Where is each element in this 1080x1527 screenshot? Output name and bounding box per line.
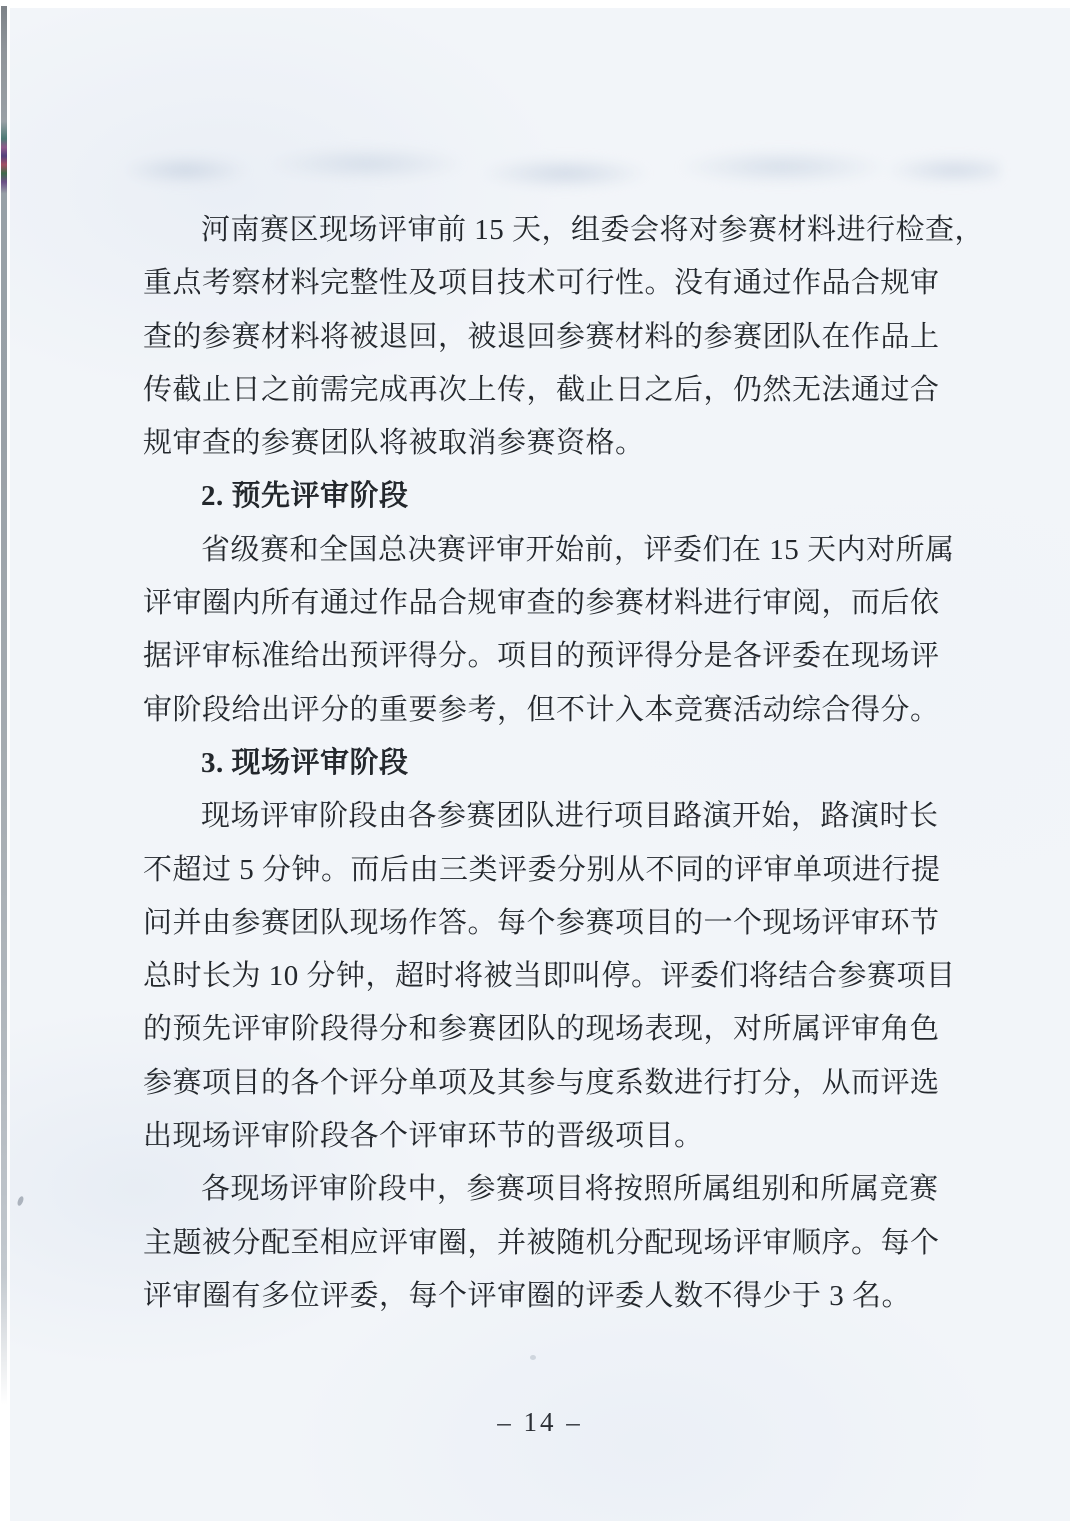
text-line: 河南赛区现场评审前 15 天，组委会将对参赛材料进行检查， <box>143 204 938 257</box>
text-line: 传截止日之前需完成再次上传，截止日之后，仍然无法通过合 <box>143 364 938 417</box>
text-line: 各现场评审阶段中，参赛项目将按照所属组别和所属竞赛 <box>143 1163 938 1216</box>
text-line: 评审圈内所有通过作品合规审查的参赛材料进行审阅，而后依 <box>143 577 938 630</box>
text-line: 主题被分配至相应评审圈，并被随机分配现场评审顺序。每个 <box>143 1217 938 1270</box>
text-line: 审阶段给出评分的重要参考，但不计入本竞赛活动综合得分。 <box>143 684 938 737</box>
scan-speck <box>530 1355 536 1360</box>
text-line: 参赛项目的各个评分单项及其参与度系数进行打分，从而评选 <box>143 1057 938 1110</box>
bleed-through-ghost-text <box>95 136 1000 198</box>
text-line: 查的参赛材料将被退回，被退回参赛材料的参赛团队在作品上 <box>143 311 938 364</box>
text-line: 总时长为 10 分钟，超时将被当即叫停。评委们将结合参赛项目 <box>143 950 938 1003</box>
text-line: 评审圈有多位评委，每个评审圈的评委人数不得少于 3 名。 <box>143 1270 938 1323</box>
section-heading: 3. 现场评审阶段 <box>143 737 938 790</box>
text-line: 规审查的参赛团队将被取消参赛资格。 <box>143 417 938 470</box>
page-number: – 14 – <box>10 1400 1070 1444</box>
document-body: 河南赛区现场评审前 15 天，组委会将对参赛材料进行检查，重点考察材料完整性及项… <box>143 204 938 1323</box>
text-line: 的预先评审阶段得分和参赛团队的现场表现，对所属评审角色 <box>143 1003 938 1056</box>
text-line: 问并由参赛团队现场作答。每个参赛项目的一个现场评审环节 <box>143 897 938 950</box>
text-line: 重点考察材料完整性及项目技术可行性。没有通过作品合规审 <box>143 257 938 310</box>
text-line: 省级赛和全国总决赛评审开始前，评委们在 15 天内对所属 <box>143 524 938 577</box>
text-line: 现场评审阶段由各参赛团队进行项目路演开始，路演时长 <box>143 790 938 843</box>
text-line: 不超过 5 分钟。而后由三类评委分别从不同的评审单项进行提 <box>143 844 938 897</box>
scan-edge-artifact <box>1 6 7 1448</box>
text-line: 据评审标准给出预评得分。项目的预评得分是各评委在现场评 <box>143 630 938 683</box>
document-page: 河南赛区现场评审前 15 天，组委会将对参赛材料进行检查，重点考察材料完整性及项… <box>10 8 1070 1521</box>
section-heading: 2. 预先评审阶段 <box>143 470 938 523</box>
text-line: 出现场评审阶段各个评审环节的晋级项目。 <box>143 1110 938 1163</box>
